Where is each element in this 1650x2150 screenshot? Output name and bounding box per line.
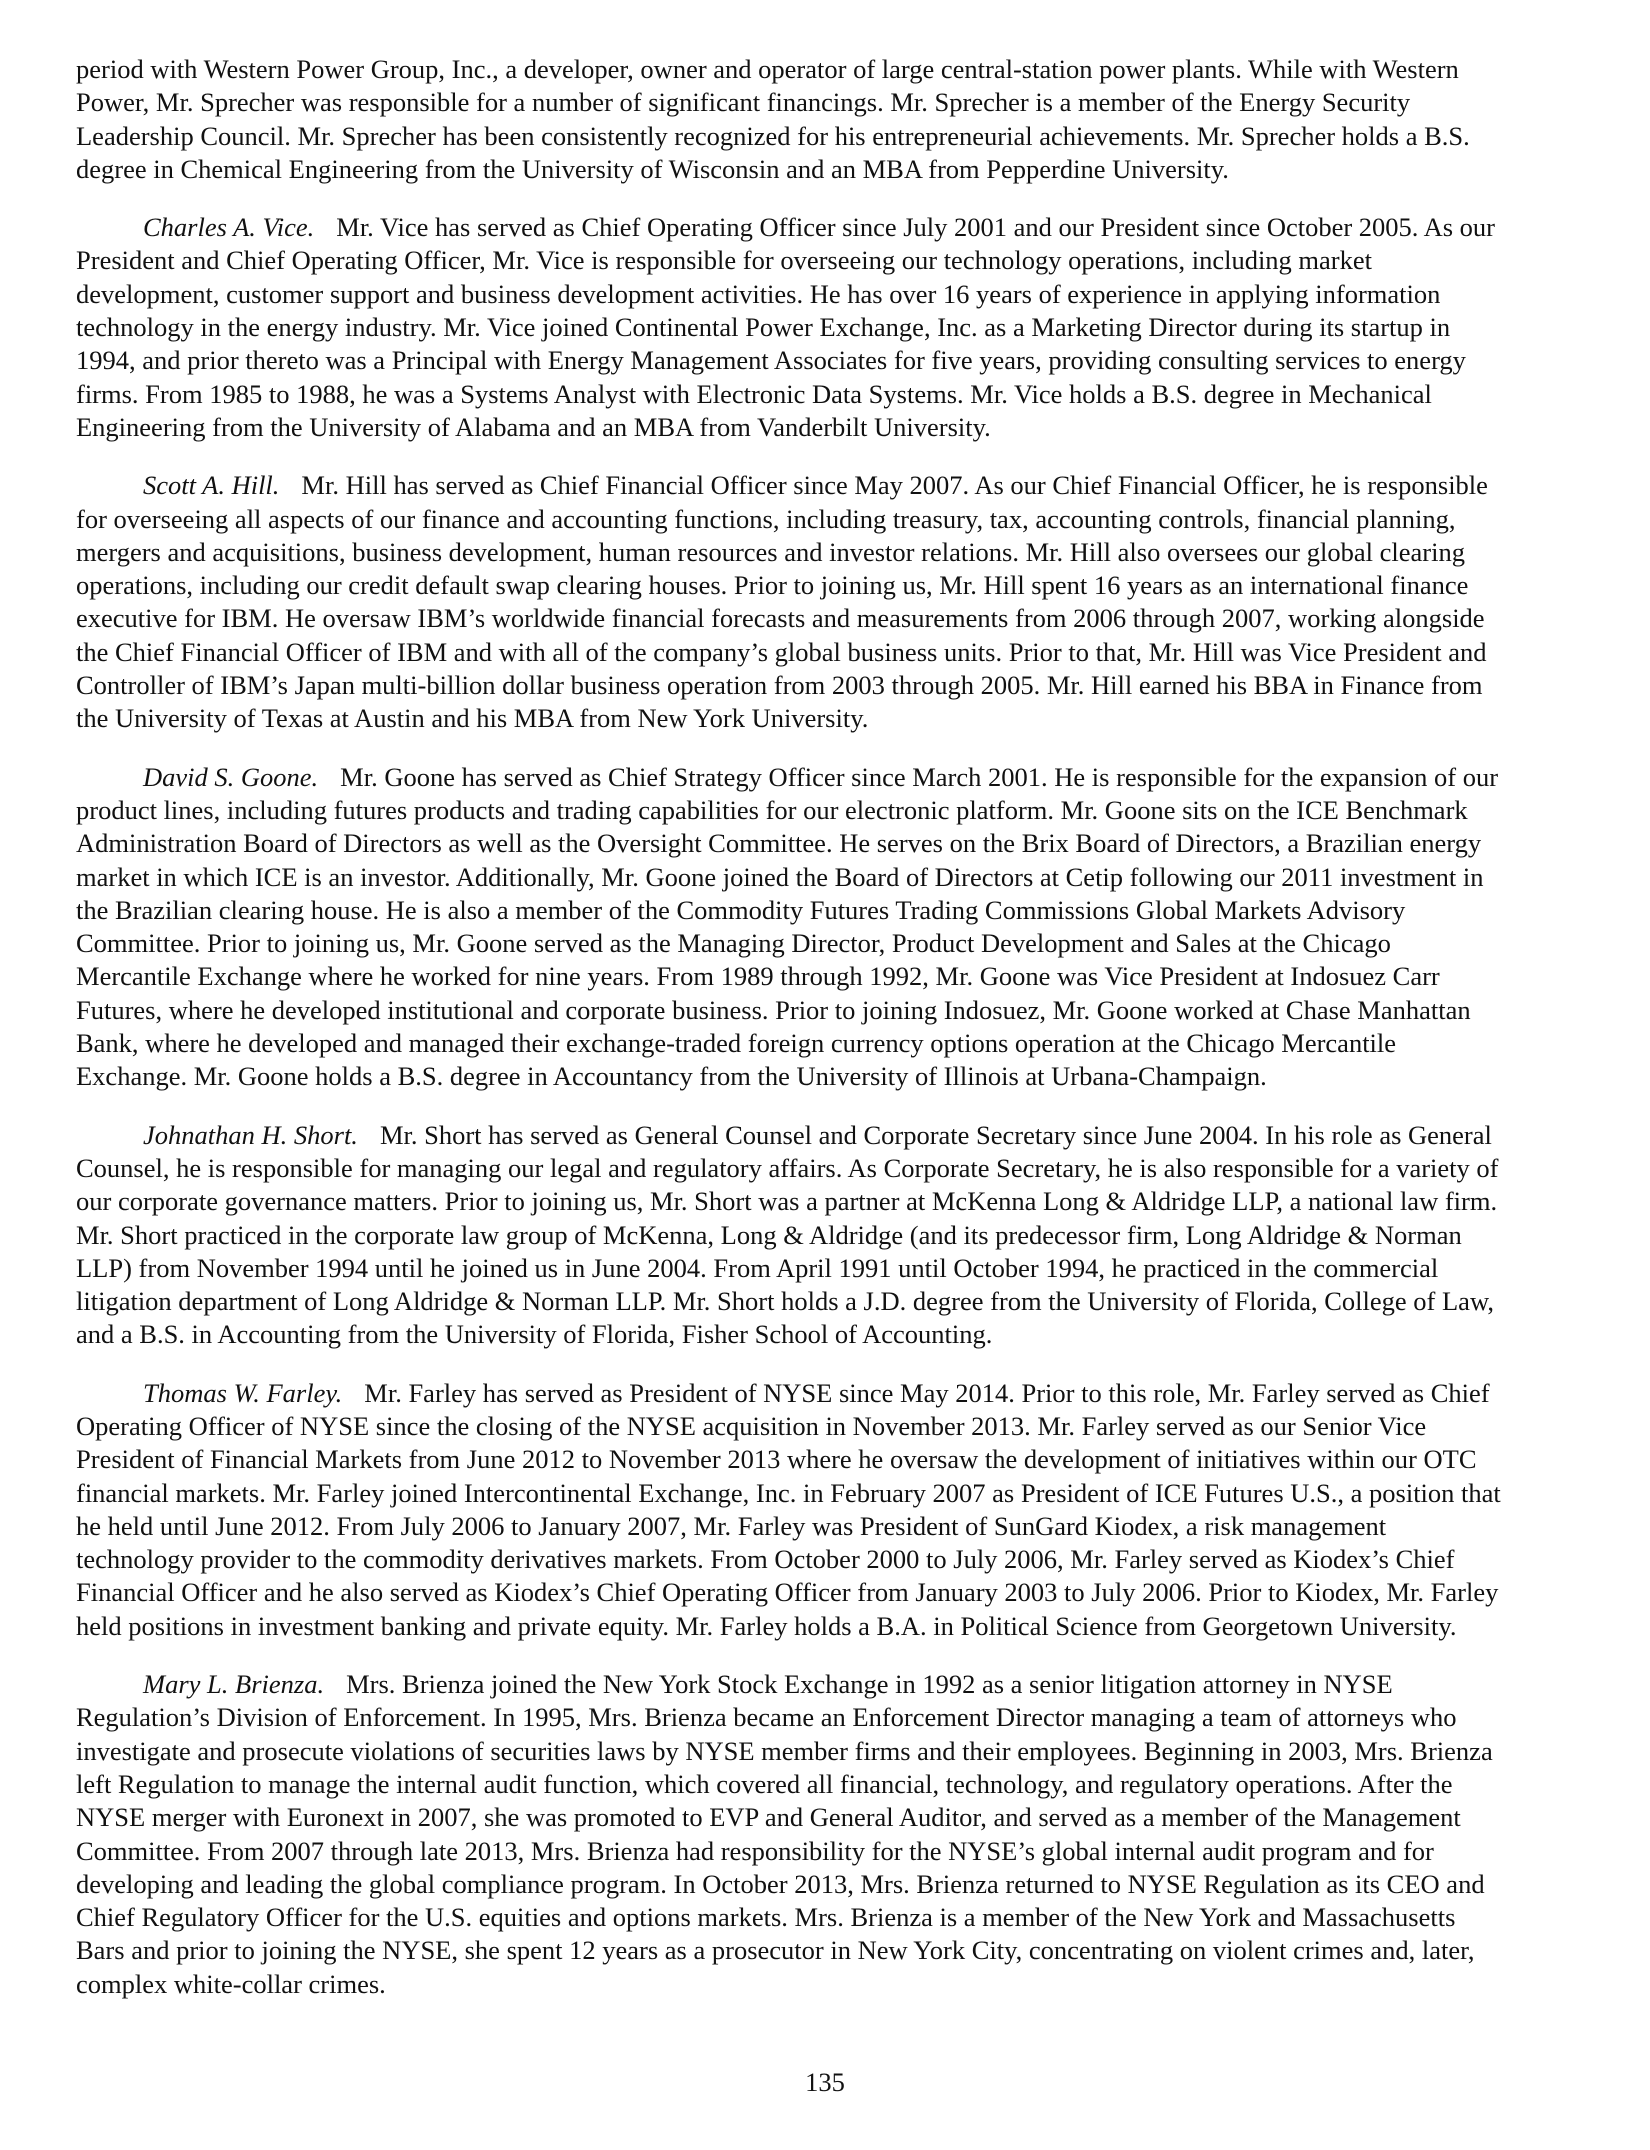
text-line: 1994, and prior thereto was a Principal … — [76, 344, 1596, 377]
text-run: Mr. Goone has served as Chief Strategy O… — [340, 762, 1498, 792]
text-line: the Chief Financial Officer of IBM and w… — [76, 636, 1596, 669]
executive-name: David S. Goone. — [143, 762, 318, 792]
text-line: Mr. Short practiced in the corporate law… — [76, 1219, 1596, 1252]
text-line: Futures, where he developed institutiona… — [76, 994, 1596, 1027]
text-line: and a B.S. in Accounting from the Univer… — [76, 1318, 1596, 1351]
text-line: Bars and prior to joining the NYSE, she … — [76, 1934, 1596, 1967]
text-line: technology provider to the commodity der… — [76, 1543, 1596, 1576]
text-line: Operating Officer of NYSE since the clos… — [76, 1410, 1596, 1443]
text-line: the Brazilian clearing house. He is also… — [76, 894, 1596, 927]
text-line: Mercantile Exchange where he worked for … — [76, 960, 1596, 993]
text-line: firms. From 1985 to 1988, he was a Syste… — [76, 378, 1596, 411]
paragraph-thomas-farley: Thomas W. Farley.Mr. Farley has served a… — [76, 1377, 1596, 1643]
document-page: period with Western Power Group, Inc., a… — [76, 53, 1596, 2026]
text-run: Mr. Hill has served as Chief Financial O… — [301, 470, 1488, 500]
text-line: Thomas W. Farley.Mr. Farley has served a… — [76, 1377, 1596, 1410]
text-line: complex white-collar crimes. — [76, 1968, 1596, 2001]
text-line: mergers and acquisitions, business devel… — [76, 536, 1596, 569]
text-line: Financial Officer and he also served as … — [76, 1576, 1596, 1609]
text-line: investigate and prosecute violations of … — [76, 1735, 1596, 1768]
text-line: he held until June 2012. From July 2006 … — [76, 1510, 1596, 1543]
paragraph-mary-brienza: Mary L. Brienza.Mrs. Brienza joined the … — [76, 1668, 1596, 2001]
text-line: market in which ICE is an investor. Addi… — [76, 861, 1596, 894]
paragraph-charles-vice: Charles A. Vice.Mr. Vice has served as C… — [76, 211, 1596, 444]
text-line: Administration Board of Directors as wel… — [76, 827, 1596, 860]
paragraph-scott-hill: Scott A. Hill.Mr. Hill has served as Chi… — [76, 469, 1596, 735]
text-line: period with Western Power Group, Inc., a… — [76, 53, 1596, 86]
text-line: Committee. From 2007 through late 2013, … — [76, 1835, 1596, 1868]
executive-name: Mary L. Brienza. — [143, 1669, 324, 1699]
text-run: Mr. Vice has served as Chief Operating O… — [336, 212, 1495, 242]
text-line: Engineering from the University of Alaba… — [76, 411, 1596, 444]
text-line: Power, Mr. Sprecher was responsible for … — [76, 86, 1596, 119]
text-line: for overseeing all aspects of our financ… — [76, 503, 1596, 536]
page-number: 135 — [0, 2066, 1650, 2099]
text-line: Regulation’s Division of Enforcement. In… — [76, 1701, 1596, 1734]
text-line: development, customer support and busine… — [76, 278, 1596, 311]
text-line: executive for IBM. He oversaw IBM’s worl… — [76, 602, 1596, 635]
text-line: NYSE merger with Euronext in 2007, she w… — [76, 1801, 1596, 1834]
executive-name: Charles A. Vice. — [143, 212, 314, 242]
executive-name: Thomas W. Farley. — [143, 1378, 342, 1408]
paragraph-johnathan-short: Johnathan H. Short.Mr. Short has served … — [76, 1119, 1596, 1352]
paragraph-sprecher-continuation: period with Western Power Group, Inc., a… — [76, 53, 1596, 186]
text-line: Controller of IBM’s Japan multi-billion … — [76, 669, 1596, 702]
text-line: Bank, where he developed and managed the… — [76, 1027, 1596, 1060]
text-line: Counsel, he is responsible for managing … — [76, 1152, 1596, 1185]
text-line: Exchange. Mr. Goone holds a B.S. degree … — [76, 1060, 1596, 1093]
text-line: David S. Goone.Mr. Goone has served as C… — [76, 761, 1596, 794]
text-line: operations, including our credit default… — [76, 569, 1596, 602]
text-line: Committee. Prior to joining us, Mr. Goon… — [76, 927, 1596, 960]
text-line: left Regulation to manage the internal a… — [76, 1768, 1596, 1801]
text-line: President of Financial Markets from June… — [76, 1443, 1596, 1476]
text-line: degree in Chemical Engineering from the … — [76, 153, 1596, 186]
text-line: Charles A. Vice.Mr. Vice has served as C… — [76, 211, 1596, 244]
executive-name: Johnathan H. Short. — [143, 1120, 358, 1150]
text-line: Johnathan H. Short.Mr. Short has served … — [76, 1119, 1596, 1152]
paragraph-david-goone: David S. Goone.Mr. Goone has served as C… — [76, 761, 1596, 1094]
text-line: Scott A. Hill.Mr. Hill has served as Chi… — [76, 469, 1596, 502]
text-line: Mary L. Brienza.Mrs. Brienza joined the … — [76, 1668, 1596, 1701]
text-line: technology in the energy industry. Mr. V… — [76, 311, 1596, 344]
text-line: financial markets. Mr. Farley joined Int… — [76, 1477, 1596, 1510]
text-run: Mr. Farley has served as President of NY… — [364, 1378, 1489, 1408]
text-line: held positions in investment banking and… — [76, 1610, 1596, 1643]
text-line: litigation department of Long Aldridge &… — [76, 1285, 1596, 1318]
executive-name: Scott A. Hill. — [143, 470, 279, 500]
text-line: the University of Texas at Austin and hi… — [76, 702, 1596, 735]
text-line: our corporate governance matters. Prior … — [76, 1185, 1596, 1218]
text-line: Leadership Council. Mr. Sprecher has bee… — [76, 120, 1596, 153]
text-run: Mrs. Brienza joined the New York Stock E… — [346, 1669, 1393, 1699]
text-line: Chief Regulatory Officer for the U.S. eq… — [76, 1901, 1596, 1934]
text-line: developing and leading the global compli… — [76, 1868, 1596, 1901]
text-line: LLP) from November 1994 until he joined … — [76, 1252, 1596, 1285]
text-run: Mr. Short has served as General Counsel … — [380, 1120, 1492, 1150]
text-line: product lines, including futures product… — [76, 794, 1596, 827]
text-line: President and Chief Operating Officer, M… — [76, 244, 1596, 277]
